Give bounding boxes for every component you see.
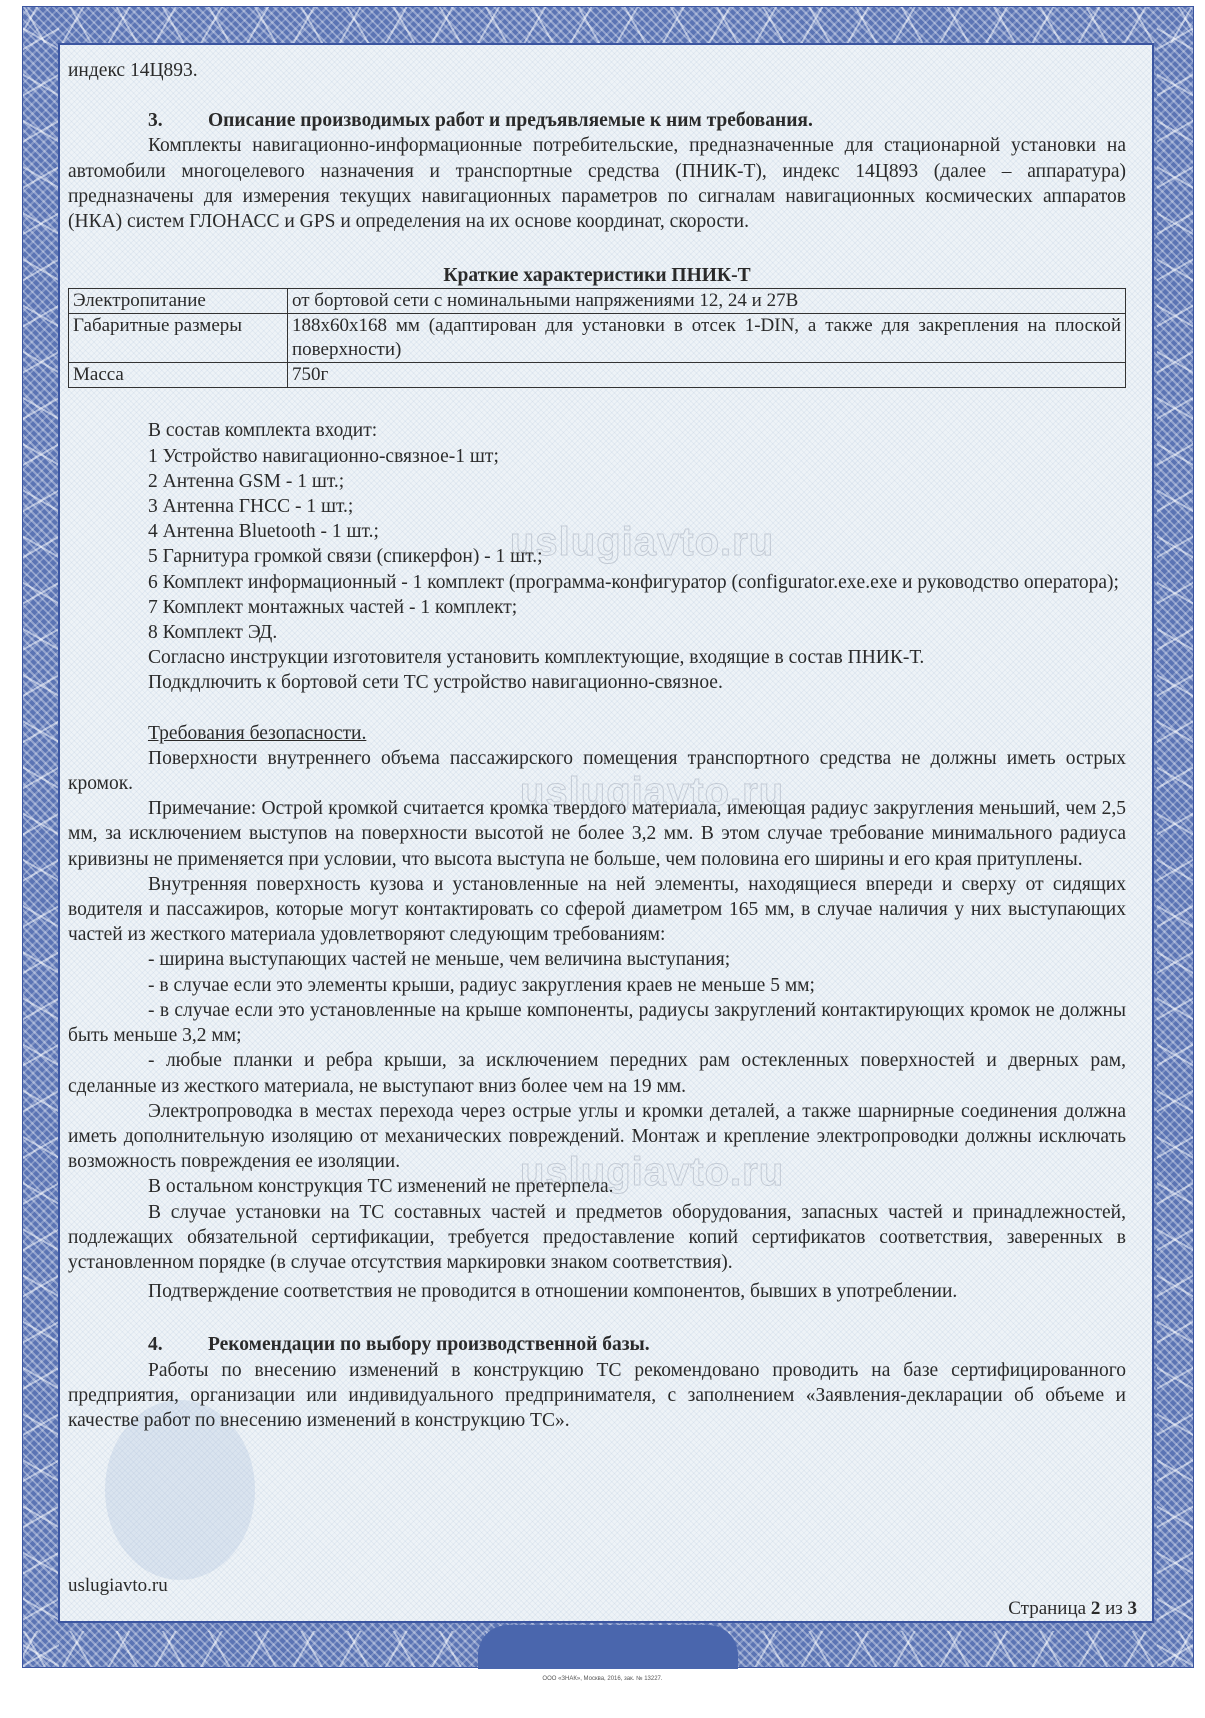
printer-imprint: ООО «ЗНАК», Москва, 2016, зак. № 13227.: [0, 1676, 1205, 1682]
list-item: 5 Гарнитура громкой связи (спикерфон) - …: [68, 544, 1126, 569]
safety-paragraph: В остальном конструкция ТС изменений не …: [68, 1174, 1126, 1199]
section-title: Описание производимых работ и предъявляе…: [208, 110, 813, 131]
safety-paragraph: Подтверждение соответствия не проводится…: [68, 1279, 1126, 1304]
safety-heading-text: Требования безопасности.: [148, 723, 366, 744]
list-item: 3 Антенна ГНСС - 1 шт.;: [68, 494, 1126, 519]
frame-ornament-right: [1157, 7, 1193, 1667]
section-3-heading: 3.Описание производимых работ и предъявл…: [68, 108, 1126, 133]
table-row: Габаритные размеры 188x60x168 мм (адапти…: [69, 314, 1126, 363]
frame-ornament-left: [23, 7, 59, 1667]
footer-site: uslugiavto.ru: [68, 1575, 168, 1597]
spec-table-title: Краткие характеристики ПНИК-Т: [68, 263, 1126, 288]
intro-line: индекс 14Ц893.: [68, 58, 1126, 83]
section-4-heading: 4.Рекомендации по выбору производственно…: [68, 1332, 1126, 1357]
list-item: 4 Антенна Bluetooth - 1 шт.;: [68, 519, 1126, 544]
bottom-emblem-icon: [478, 1625, 738, 1669]
list-item: 7 Комплект монтажных частей - 1 комплект…: [68, 595, 1126, 620]
safety-paragraph: Поверхности внутреннего объема пассажирс…: [68, 746, 1126, 796]
safety-paragraph: В случае установки на ТС составных часте…: [68, 1200, 1126, 1276]
section-4-paragraph: Работы по внесению изменений в конструкц…: [68, 1358, 1126, 1434]
safety-paragraph: - любые планки и ребра крыши, за исключе…: [68, 1048, 1126, 1098]
section-number: 3.: [148, 108, 208, 133]
connect-note: Подкдлючить к бортовой сети ТС устройств…: [68, 670, 1126, 695]
list-item: 2 Антенна GSM - 1 шт.;: [68, 469, 1126, 494]
document-body: индекс 14Ц893. 3.Описание производимых р…: [68, 58, 1126, 1433]
safety-paragraph: - в случае если это установленные на кры…: [68, 998, 1126, 1048]
page-number: Страница 2 из 3: [1008, 1598, 1137, 1620]
safety-paragraph: Примечание: Острой кромкой считается кро…: [68, 796, 1126, 872]
list-item: 8 Комплект ЭД.: [68, 620, 1126, 645]
page-current: 2: [1091, 1598, 1101, 1619]
safety-heading: Требования безопасности.: [68, 721, 1126, 746]
table-row: Масса 750г: [69, 363, 1126, 388]
page-sep: из: [1100, 1598, 1127, 1619]
section-3-paragraph: Комплекты навигационно-информационные по…: [68, 133, 1126, 234]
list-item: 6 Комплект информационный - 1 комплект (…: [68, 570, 1126, 595]
spec-value: от бортовой сети с номинальными напряжен…: [288, 289, 1126, 314]
spec-key: Габаритные размеры: [69, 314, 288, 363]
section-number: 4.: [148, 1332, 208, 1357]
spec-key: Электропитание: [69, 289, 288, 314]
safety-paragraph: - в случае если это элементы крыши, ради…: [68, 973, 1126, 998]
safety-paragraph: Внутренняя поверхность кузова и установл…: [68, 872, 1126, 948]
spec-value: 188x60x168 мм (адаптирован для установки…: [288, 314, 1126, 363]
spec-table: Электропитание от бортовой сети с номина…: [68, 288, 1126, 388]
safety-paragraph: - ширина выступающих частей не меньше, ч…: [68, 947, 1126, 972]
install-note: Согласно инструкции изготовителя установ…: [68, 645, 1126, 670]
kit-intro: В состав комплекта входит:: [68, 418, 1126, 443]
section-title: Рекомендации по выбору производственной …: [208, 1334, 650, 1355]
page-prefix: Страница: [1008, 1598, 1091, 1619]
frame-ornament-top: [23, 7, 1193, 43]
spec-value: 750г: [288, 363, 1126, 388]
list-item: 1 Устройство навигационно-связное-1 шт;: [68, 444, 1126, 469]
page-total: 3: [1128, 1598, 1138, 1619]
safety-paragraph: Электропроводка в местах перехода через …: [68, 1099, 1126, 1175]
spec-key: Масса: [69, 363, 288, 388]
table-row: Электропитание от бортовой сети с номина…: [69, 289, 1126, 314]
